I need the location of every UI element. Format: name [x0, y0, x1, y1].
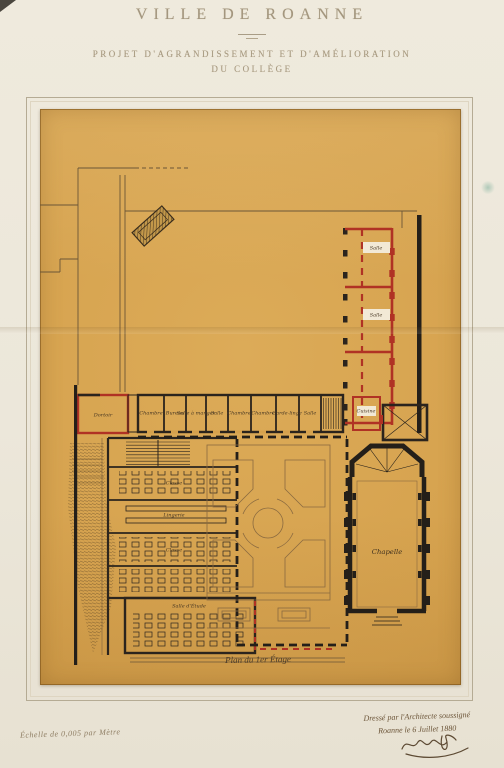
monument-hatch	[132, 206, 174, 246]
room-label-band-7: Garde-linge	[272, 410, 302, 416]
room-label-classe-1: Classe	[166, 480, 183, 486]
room-label-cuisine: Cuisine	[357, 408, 376, 414]
architect-signature	[398, 733, 476, 759]
room-label-band-5: Chambre	[227, 410, 250, 416]
scanned-archival-plan-page: VILLE DE ROANNE PROJET D'AGRANDISSEMENT …	[0, 0, 504, 768]
chapel	[344, 446, 430, 625]
rooms-band	[78, 395, 427, 440]
title-divider-rule	[238, 34, 266, 35]
title-divider-rule-small	[246, 38, 258, 39]
room-label-band-4: Salle	[211, 410, 224, 416]
fold-crease	[0, 327, 504, 334]
room-label-dortoir: Dortoir	[94, 412, 112, 418]
room-label-band-8: Salle	[304, 410, 317, 416]
paper-spot	[481, 181, 495, 194]
project-subtitle-line2: DU COLLÈGE	[0, 64, 504, 74]
scale-note: Échelle de 0,005 par Mètre	[20, 727, 121, 740]
room-label-band-1: Chambre	[139, 410, 162, 416]
boundary-lines	[40, 168, 417, 392]
room-label-band-3: Salle à manger	[177, 410, 215, 416]
project-subtitle-line1: PROJET D'AGRANDISSEMENT ET D'AMÉLIORATIO…	[0, 49, 504, 59]
document-title: VILLE DE ROANNE	[0, 6, 504, 24]
room-label-chapelle: Chapelle	[372, 548, 402, 556]
room-label-wing-1: Salle	[370, 245, 383, 251]
room-label-etude: Salle d'Étude	[172, 603, 206, 609]
plan-sheet: Dortoir Chambre Bureau Salle à manger Sa…	[40, 109, 461, 685]
room-label-classe-2: Classe	[166, 547, 183, 553]
room-label-wing-2: Salle	[370, 312, 383, 318]
plan-caption: Plan du 1er Étage	[225, 655, 291, 666]
floor-plan-drawing	[40, 109, 461, 685]
room-label-lingerie: Lingerie	[163, 512, 184, 518]
